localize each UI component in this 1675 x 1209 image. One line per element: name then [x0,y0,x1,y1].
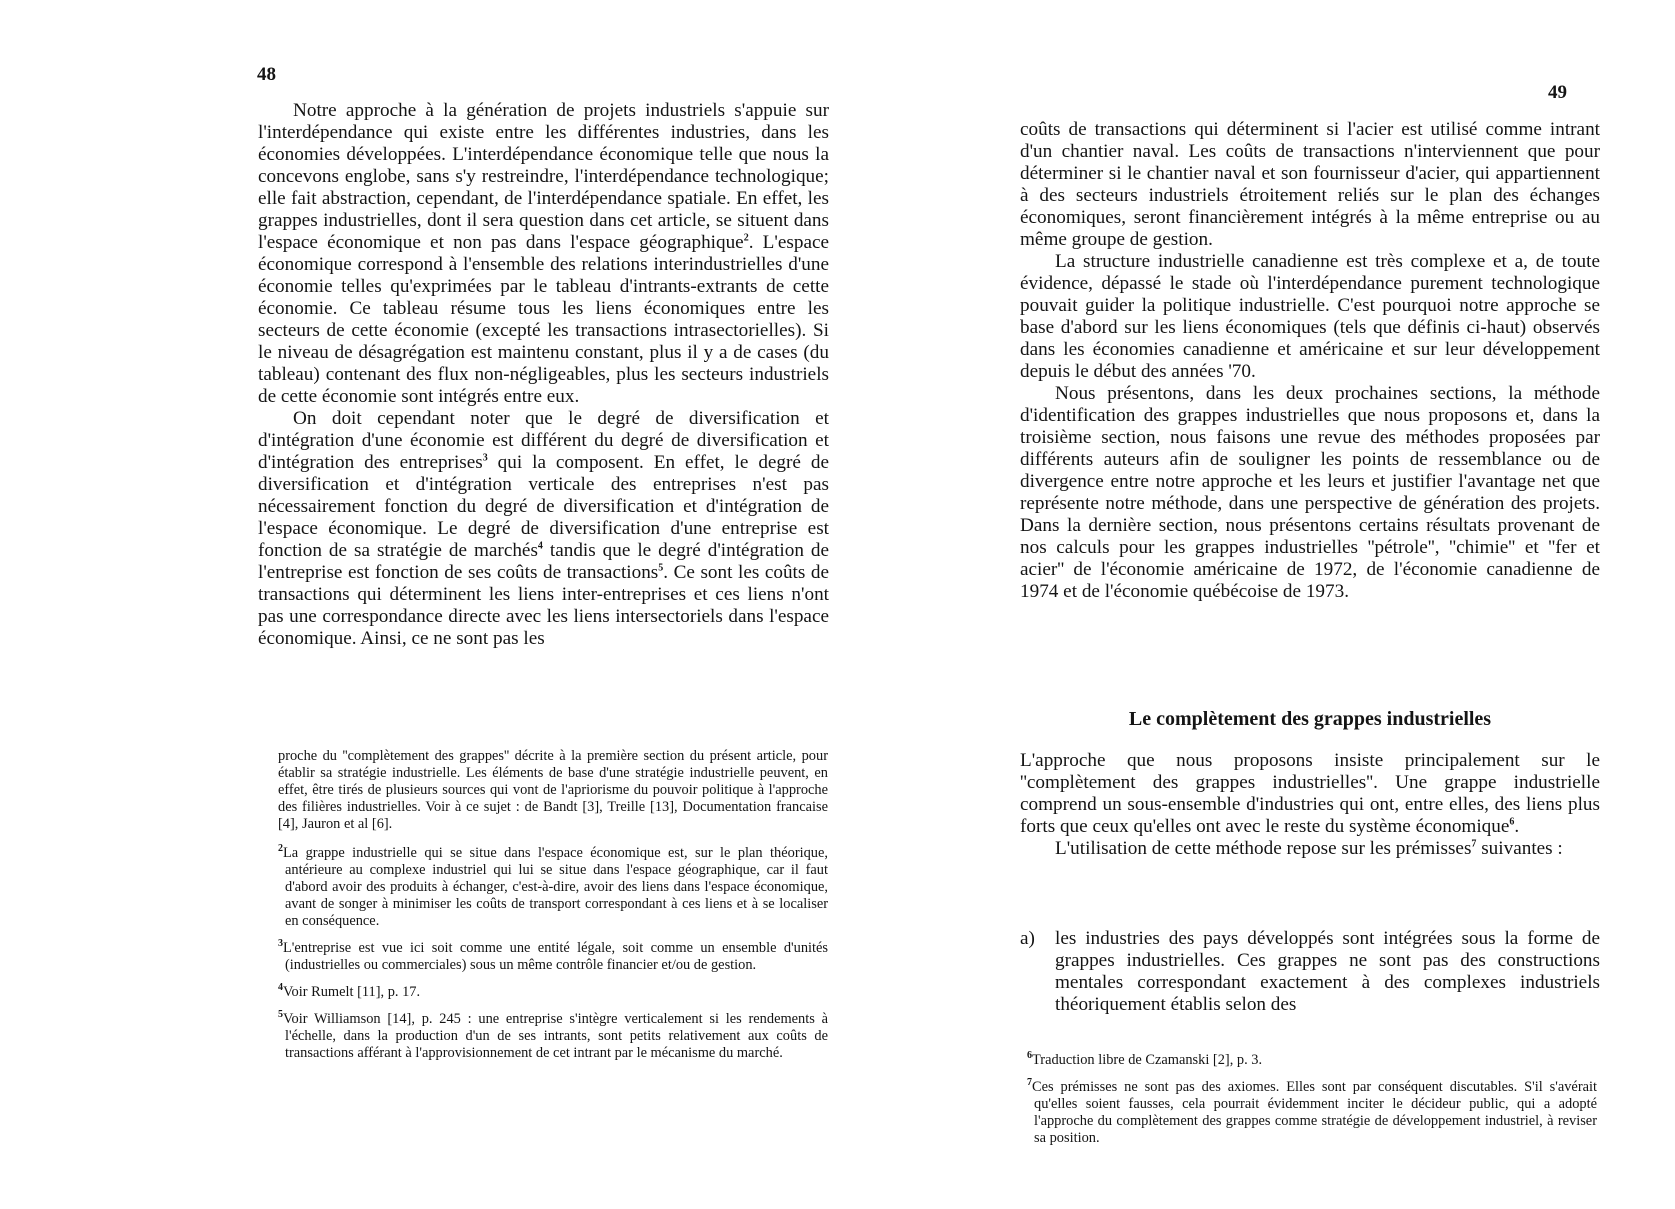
section-body-text: L'approche que nous proposons insiste pr… [1020,750,1600,860]
paragraph-text: La structure industrielle canadienne est… [1020,251,1600,382]
footnote-3: 3L'entreprise est vue ici soit comme une… [278,940,828,974]
paragraph: On doit cependant noter que le degré de … [258,408,829,650]
paragraph: Notre approche à la génération de projet… [258,100,829,408]
page-number-right: 49 [1548,82,1567,104]
footnote-text: L'entreprise est vue ici soit comme une … [283,940,828,973]
premise-list-item: a) les industries des pays développés so… [1020,928,1600,1016]
footnote-continuation: proche du ''complètement des grappes'' d… [278,748,828,833]
right-footnotes: 6Traduction libre de Czamanski [2], p. 3… [1027,1052,1597,1157]
footnote-7: 7Ces prémisses ne sont pas des axiomes. … [1027,1079,1597,1147]
paragraph-text: . L'espace économique correspond à l'ens… [258,232,829,407]
footnote-text: Voir Rumelt [11], p. 17. [283,984,420,1000]
paragraph: coûts de transactions qui déterminent si… [1020,119,1600,251]
list-item-text: les industries des pays développés sont … [1055,928,1600,1016]
footnote-text: La grappe industrielle qui se situe dans… [283,845,828,929]
footnote-text: Voir Williamson [14], p. 245 : une entre… [283,1011,828,1061]
footnote-6: 6Traduction libre de Czamanski [2], p. 3… [1027,1052,1597,1069]
footnote-4: 4Voir Rumelt [11], p. 17. [278,984,828,1001]
paragraph: L'approche que nous proposons insiste pr… [1020,750,1600,838]
paragraph-text: suivantes : [1476,838,1562,859]
paragraph-text: Nous présentons, dans les deux prochaine… [1020,383,1600,602]
paragraph-text: Notre approche à la génération de projet… [258,100,829,253]
paragraph-text: L'utilisation de cette méthode repose su… [1055,838,1471,859]
list-marker: a) [1020,928,1035,950]
paragraph: L'utilisation de cette méthode repose su… [1020,838,1600,860]
paragraph: La structure industrielle canadienne est… [1020,251,1600,383]
footnote-5: 5Voir Williamson [14], p. 245 : une entr… [278,1011,828,1062]
left-body-text: Notre approche à la génération de projet… [258,100,829,650]
left-footnotes: proche du ''complètement des grappes'' d… [278,748,828,1072]
page-number-left: 48 [257,64,276,86]
right-body-text: coûts de transactions qui déterminent si… [1020,119,1600,603]
footnote-text: Ces prémisses ne sont pas des axiomes. E… [1032,1079,1597,1146]
paragraph-text: coûts de transactions qui déterminent si… [1020,119,1600,250]
section-heading: Le complètement des grappes industrielle… [1020,708,1600,731]
paragraph: Nous présentons, dans les deux prochaine… [1020,383,1600,603]
footnote-2: 2La grappe industrielle qui se situe dan… [278,845,828,930]
footnote-text: Traduction libre de Czamanski [2], p. 3. [1032,1052,1262,1068]
paragraph-text: . [1514,816,1519,837]
